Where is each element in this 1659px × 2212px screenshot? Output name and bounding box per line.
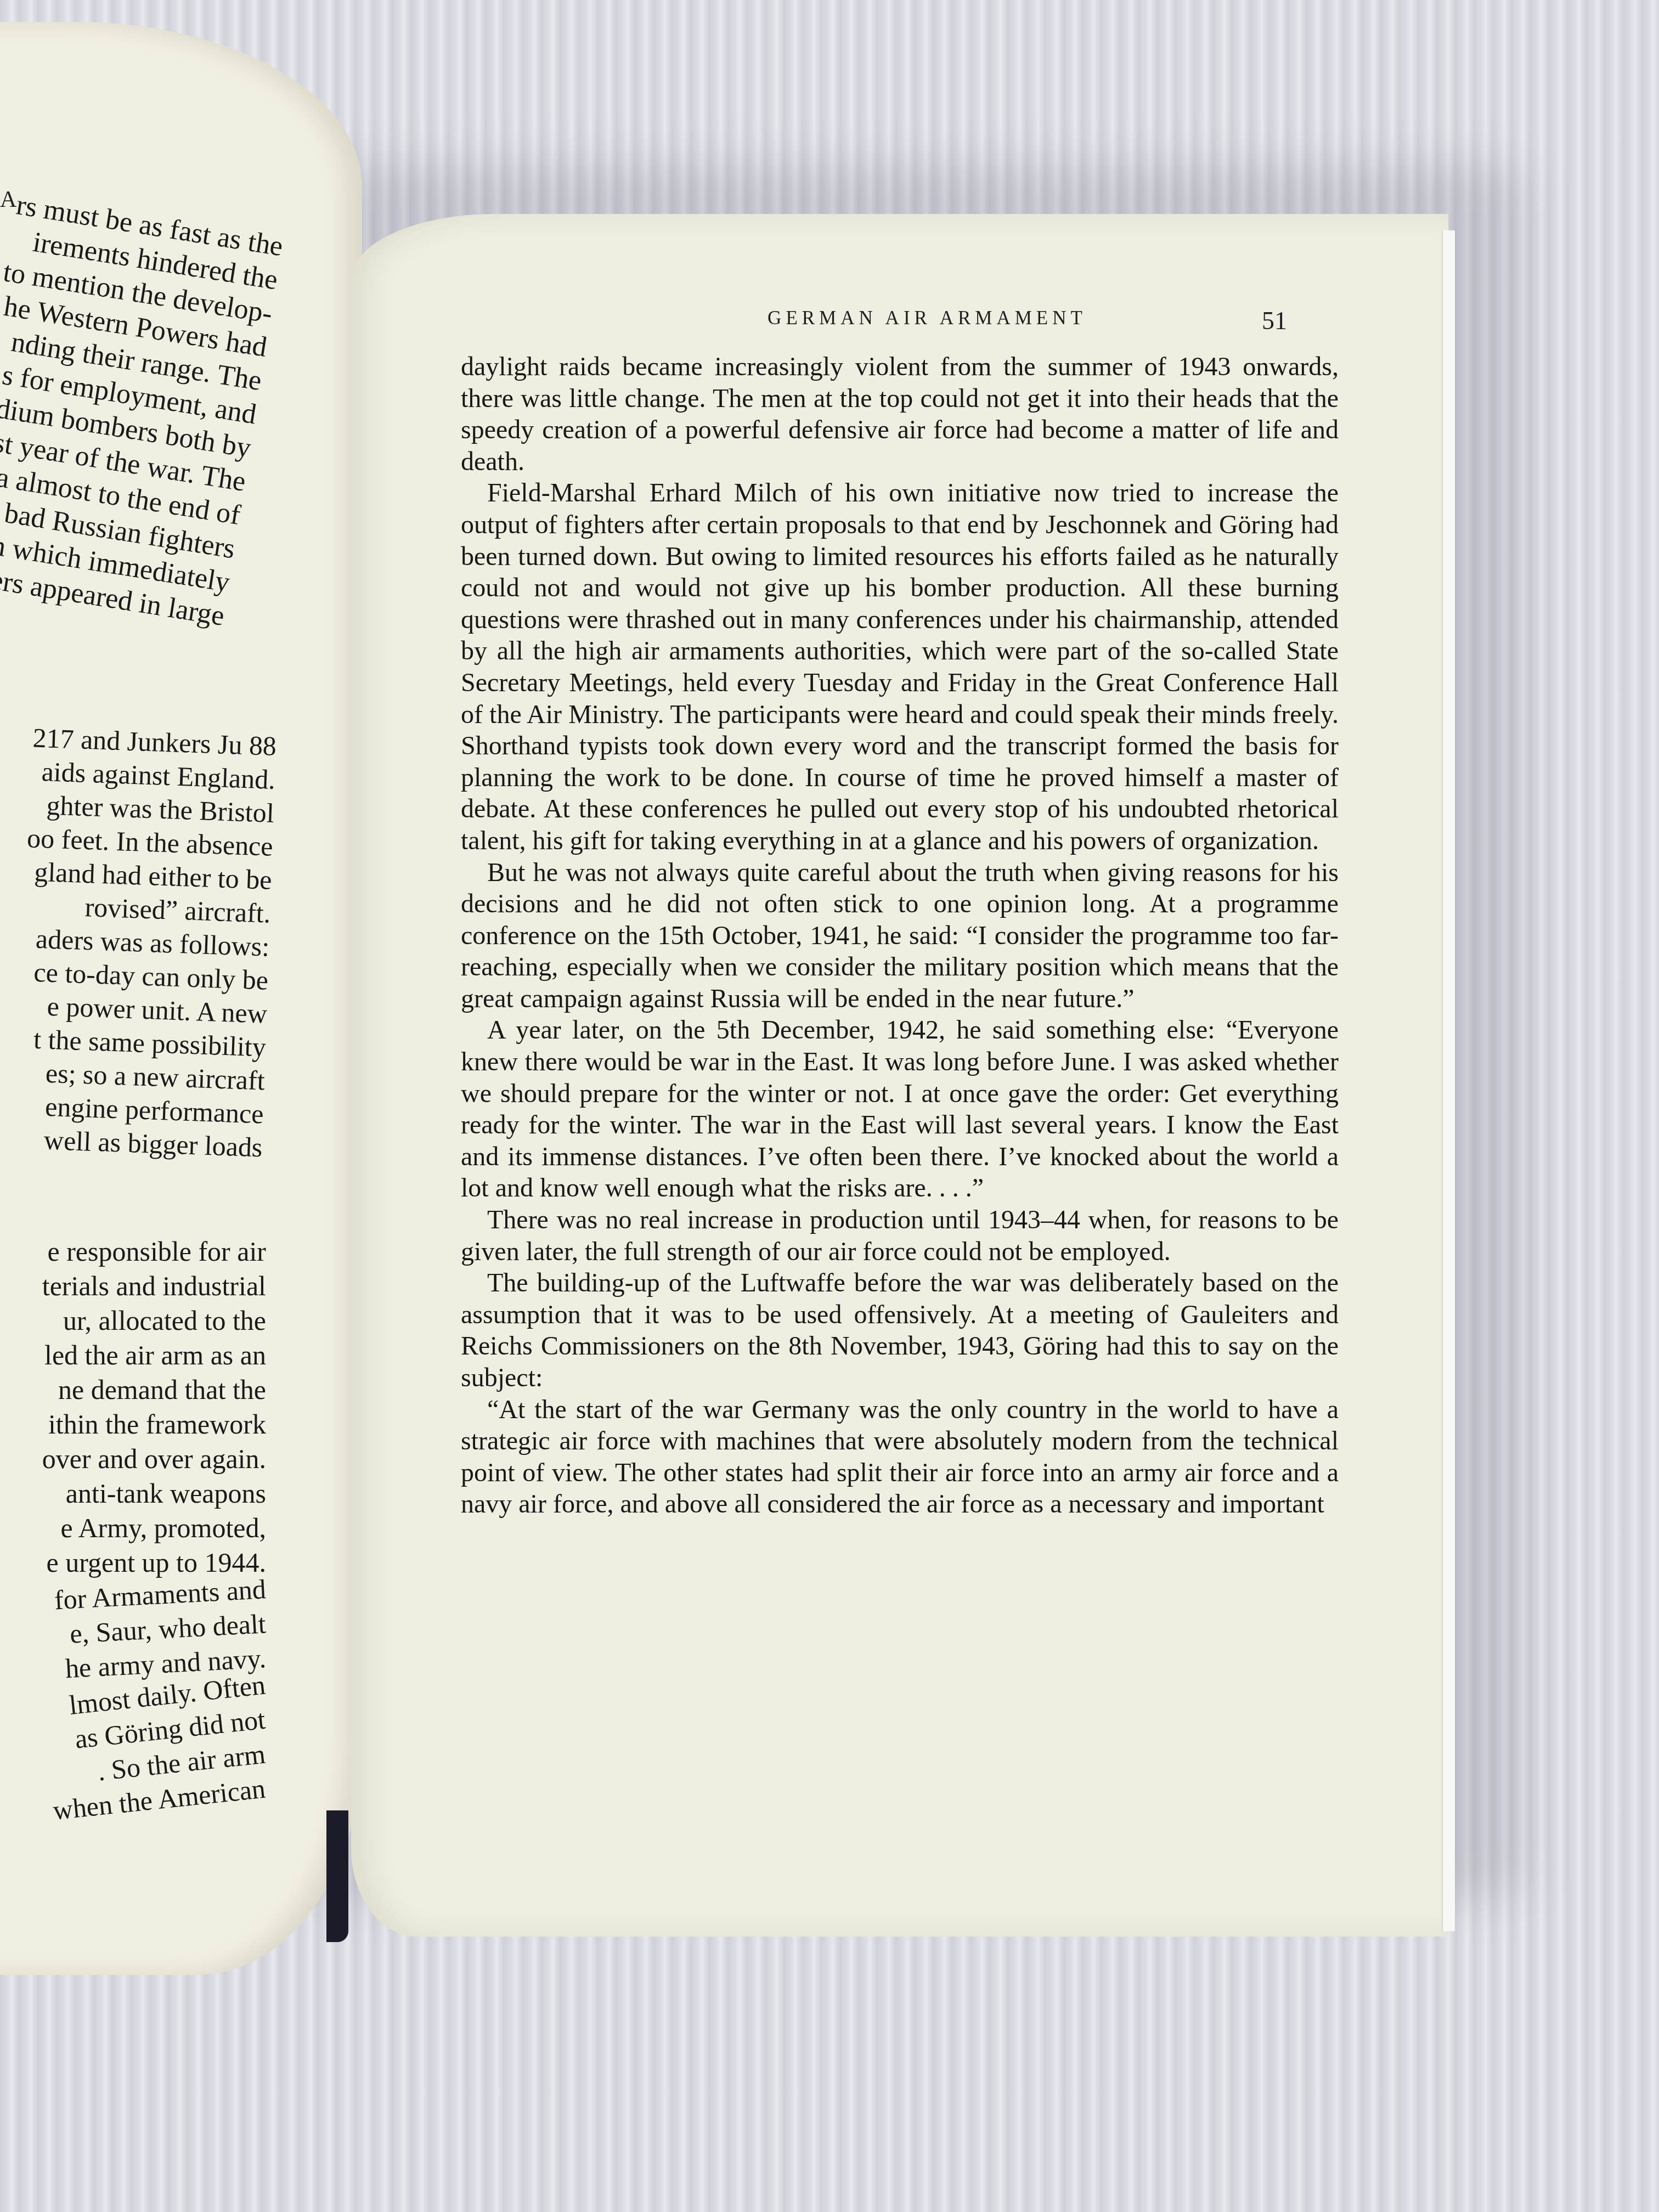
paragraph: But he was not always quite careful abou… bbox=[461, 857, 1339, 1015]
left-page: A rs must be as fast as the irements hin… bbox=[0, 22, 362, 1975]
page-body: daylight raids became increasingly viole… bbox=[461, 351, 1339, 1520]
text-line: e Army, promoted, bbox=[0, 1511, 266, 1545]
left-text-block-3: e responsible for air terials and indust… bbox=[0, 1234, 266, 1822]
paragraph: There was no real increase in production… bbox=[461, 1204, 1339, 1267]
text-line: over and over again. bbox=[0, 1442, 266, 1476]
paragraph: A year later, on the 5th December, 1942,… bbox=[461, 1014, 1339, 1204]
left-text-block-2: 217 and Junkers Ju 88 aids against Engla… bbox=[0, 719, 277, 1165]
text-line: e responsible for air bbox=[0, 1234, 266, 1269]
book-cover-edge bbox=[326, 1810, 348, 1942]
text-line: ithin the framework bbox=[0, 1407, 266, 1442]
paragraph: The building-up of the Luftwaffe before … bbox=[461, 1267, 1339, 1393]
paragraph: daylight raids became increasingly viole… bbox=[461, 351, 1339, 477]
paragraph: “At the start of the war Germany was the… bbox=[461, 1394, 1339, 1520]
text-line: ne demand that the bbox=[0, 1373, 266, 1407]
text-line: terials and industrial bbox=[0, 1269, 266, 1304]
running-head: GERMAN AIR ARMAMENT bbox=[713, 307, 1141, 329]
text-line: led the air arm as an bbox=[0, 1338, 266, 1373]
paragraph: Field-Marshal Erhard Milch of his own in… bbox=[461, 477, 1339, 856]
text-line: anti-tank weapons bbox=[0, 1476, 266, 1511]
right-page: GERMAN AIR ARMAMENT 51 daylight raids be… bbox=[351, 214, 1448, 1937]
page-number: 51 bbox=[1262, 306, 1287, 335]
text-line: ur, allocated to the bbox=[0, 1304, 266, 1338]
left-text-block-1: rs must be as fast as the irements hinde… bbox=[0, 177, 285, 634]
page-stack-edge bbox=[1442, 230, 1455, 1931]
